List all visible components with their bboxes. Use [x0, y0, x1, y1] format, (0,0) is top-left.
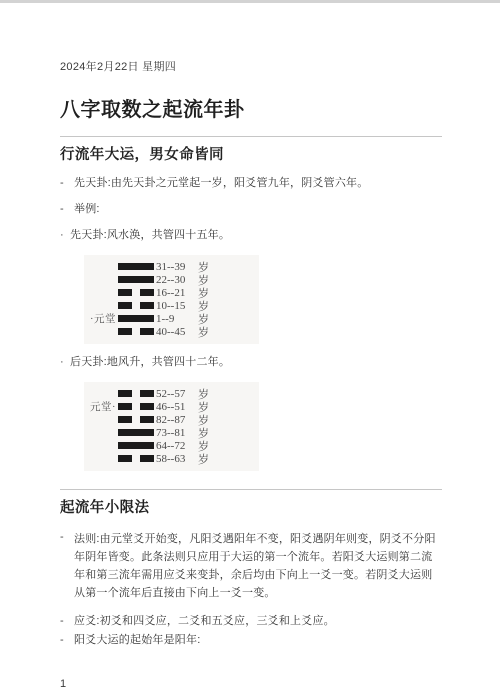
bullet-text: 法则:由元堂爻开始变，凡阳爻遇阳年不变，阳爻遇阴年则变，阴爻不分阳年阴年皆变。此…: [74, 530, 442, 602]
age-range-label: 22--30: [156, 274, 198, 286]
list-item-yingyao: - 应爻:初爻和四爻应，二爻和五爻应，三爻和上爻应。: [60, 614, 442, 629]
hexagram-bar: [118, 403, 154, 410]
bullet-marker: -: [60, 614, 74, 629]
list-item-xiantian-rule: - 先天卦:由先天卦之元堂起一岁，阳爻管九年，阴爻管六年。: [60, 176, 442, 191]
age-range-label: 52--57: [156, 388, 198, 400]
hexagram-bar: [118, 276, 154, 283]
list-item-yangyao: - 阳爻大运的起始年是阳年:: [60, 633, 442, 648]
hexagram-line-yuantang: ·元堂 1--9 岁: [84, 312, 255, 325]
age-range-label: 40--45: [156, 326, 198, 338]
age-range-label: 31--39: [156, 261, 198, 273]
section-heading-xiaoxian: 起流年小限法: [60, 499, 442, 518]
bullet-text: 阳爻大运的起始年是阳年:: [74, 633, 442, 648]
list-item-houtian-gua: · 后天卦:地风升，共管四十二年。: [60, 355, 442, 370]
hexagram-bar: [118, 289, 154, 296]
bullet-marker: ·: [60, 228, 70, 243]
age-range-label: 82--87: [156, 414, 198, 426]
hexagram-bar: [118, 416, 154, 423]
bullet-marker: -: [60, 633, 74, 648]
section-heading-flow-year: 行流年大运，男女命皆同: [60, 146, 442, 165]
hexagram-line: 31--39 岁: [84, 260, 255, 273]
age-range-label: 10--15: [156, 300, 198, 312]
hexagram-bar: [118, 442, 154, 449]
hexagram-line: 82--87 岁: [84, 413, 255, 426]
age-range-label: 64--72: [156, 440, 198, 452]
list-item-xiantian-gua: · 先天卦:风水涣，共管四十五年。: [60, 228, 442, 243]
hexagram-bar: [118, 302, 154, 309]
list-item-example: - 举例:: [60, 202, 442, 217]
hexagram-bar: [118, 315, 154, 322]
hexagram-line: 64--72 岁: [84, 439, 255, 452]
age-range-label: 58--63: [156, 453, 198, 465]
page-number: 1: [60, 678, 442, 690]
age-unit-label: 岁: [198, 324, 209, 340]
hexagram-bar: [118, 455, 154, 462]
bullet-text: 举例:: [74, 202, 442, 217]
section-divider: [60, 489, 442, 490]
bullet-marker: -: [60, 202, 74, 217]
hexagram-bar: [118, 429, 154, 436]
hexagram-line: 16--21 岁: [84, 286, 255, 299]
list-item-faze: - 法则:由元堂爻开始变，凡阳爻遇阳年不变，阳爻遇阴年则变，阴爻不分阳年阴年皆变…: [60, 530, 442, 602]
hexagram-bar: [118, 328, 154, 335]
hexagram-bar: [118, 263, 154, 270]
bullet-text: 先天卦:风水涣，共管四十五年。: [70, 228, 442, 243]
page-title: 八字取数之起流年卦: [60, 98, 442, 123]
bullet-text: 先天卦:由先天卦之元堂起一岁，阳爻管九年，阴爻管六年。: [74, 176, 442, 191]
age-range-label: 46--51: [156, 401, 198, 413]
document-page: 2024年2月22日 星期四 八字取数之起流年卦 行流年大运，男女命皆同 - 先…: [0, 3, 500, 690]
hexagram-line: 40--45 岁: [84, 325, 255, 338]
section-divider: [60, 136, 442, 137]
yuantang-marker: ·元堂: [84, 311, 116, 326]
document-date: 2024年2月22日 星期四: [60, 60, 442, 74]
bullet-marker: -: [60, 176, 74, 191]
age-range-label: 16--21: [156, 287, 198, 299]
hexagram-xiantian-figure: 31--39 岁 22--30 岁 16--21 岁 10--15 岁 ·元堂 …: [84, 255, 259, 344]
age-range-label: 73--81: [156, 427, 198, 439]
bullet-marker: -: [60, 530, 74, 602]
bullet-text: 后天卦:地风升，共管四十二年。: [70, 355, 442, 370]
hexagram-line: 58--63 岁: [84, 452, 255, 465]
hexagram-line: 22--30 岁: [84, 273, 255, 286]
hexagram-bar: [118, 390, 154, 397]
hexagram-line-yuantang: 元堂· 46--51 岁: [84, 400, 255, 413]
age-unit-label: 岁: [198, 451, 209, 467]
yuantang-marker: 元堂·: [84, 399, 116, 414]
hexagram-houtian-figure: 52--57 岁 元堂· 46--51 岁 82--87 岁 73--81 岁 …: [84, 382, 259, 471]
bullet-marker: ·: [60, 355, 70, 370]
age-range-label: 1--9: [156, 313, 198, 325]
hexagram-line: 73--81 岁: [84, 426, 255, 439]
bullet-text: 应爻:初爻和四爻应，二爻和五爻应，三爻和上爻应。: [74, 614, 442, 629]
